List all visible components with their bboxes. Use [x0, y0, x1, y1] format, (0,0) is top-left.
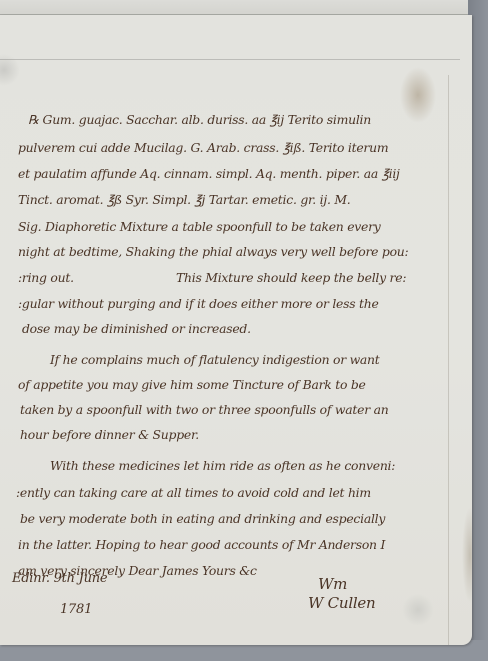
dateline-year: 1781 [60, 603, 92, 616]
handwritten-line: pulverem cui adde Mucilag. G. Arab. cras… [18, 142, 388, 154]
handwritten-line: hour before dinner & Supper. [20, 429, 199, 441]
handwritten-line: Sig. Diaphoretic Mixture a table spoonfu… [18, 221, 381, 233]
handwritten-line: :ring out. [18, 272, 74, 284]
handwritten-line: This Mixture should keep the belly re: [176, 272, 406, 284]
manuscript-scene: ℞ Gum. guajac. Sacchar. alb. duriss. aa … [0, 0, 488, 661]
handwritten-line: et paulatim affunde Aq. cinnam. simpl. A… [18, 168, 400, 180]
handwritten-line: Tinct. aromat. ℥ß Syr. Simpl. ℥j Tartar.… [18, 194, 351, 206]
letter-body: ℞ Gum. guajac. Sacchar. alb. duriss. aa … [0, 0, 472, 661]
handwritten-line: With these medicines let him ride as oft… [50, 460, 395, 472]
handwritten-line: If he complains much of flatulency indig… [50, 354, 380, 366]
handwritten-line: taken by a spoonfull with two or three s… [20, 404, 388, 416]
dateline-place-date: Edinr. 9th June [12, 572, 107, 585]
handwritten-line: night at bedtime, Shaking the phial alwa… [18, 246, 408, 258]
handwritten-line: :ently can taking care at all times to a… [16, 487, 371, 499]
handwritten-line: in the latter. Hoping to hear good accou… [18, 539, 385, 551]
handwritten-line: ℞ Gum. guajac. Sacchar. alb. duriss. aa … [28, 114, 371, 126]
handwritten-line: dose may be diminished or increased. [22, 323, 251, 335]
handwritten-line: be very moderate both in eating and drin… [20, 513, 385, 525]
signature-name: W Cullen [308, 596, 375, 611]
signature-initial: Wm [318, 577, 347, 592]
handwritten-line: of appetite you may give him some Tinctu… [18, 379, 366, 391]
handwritten-line: :gular without purging and if it does ei… [18, 298, 379, 310]
